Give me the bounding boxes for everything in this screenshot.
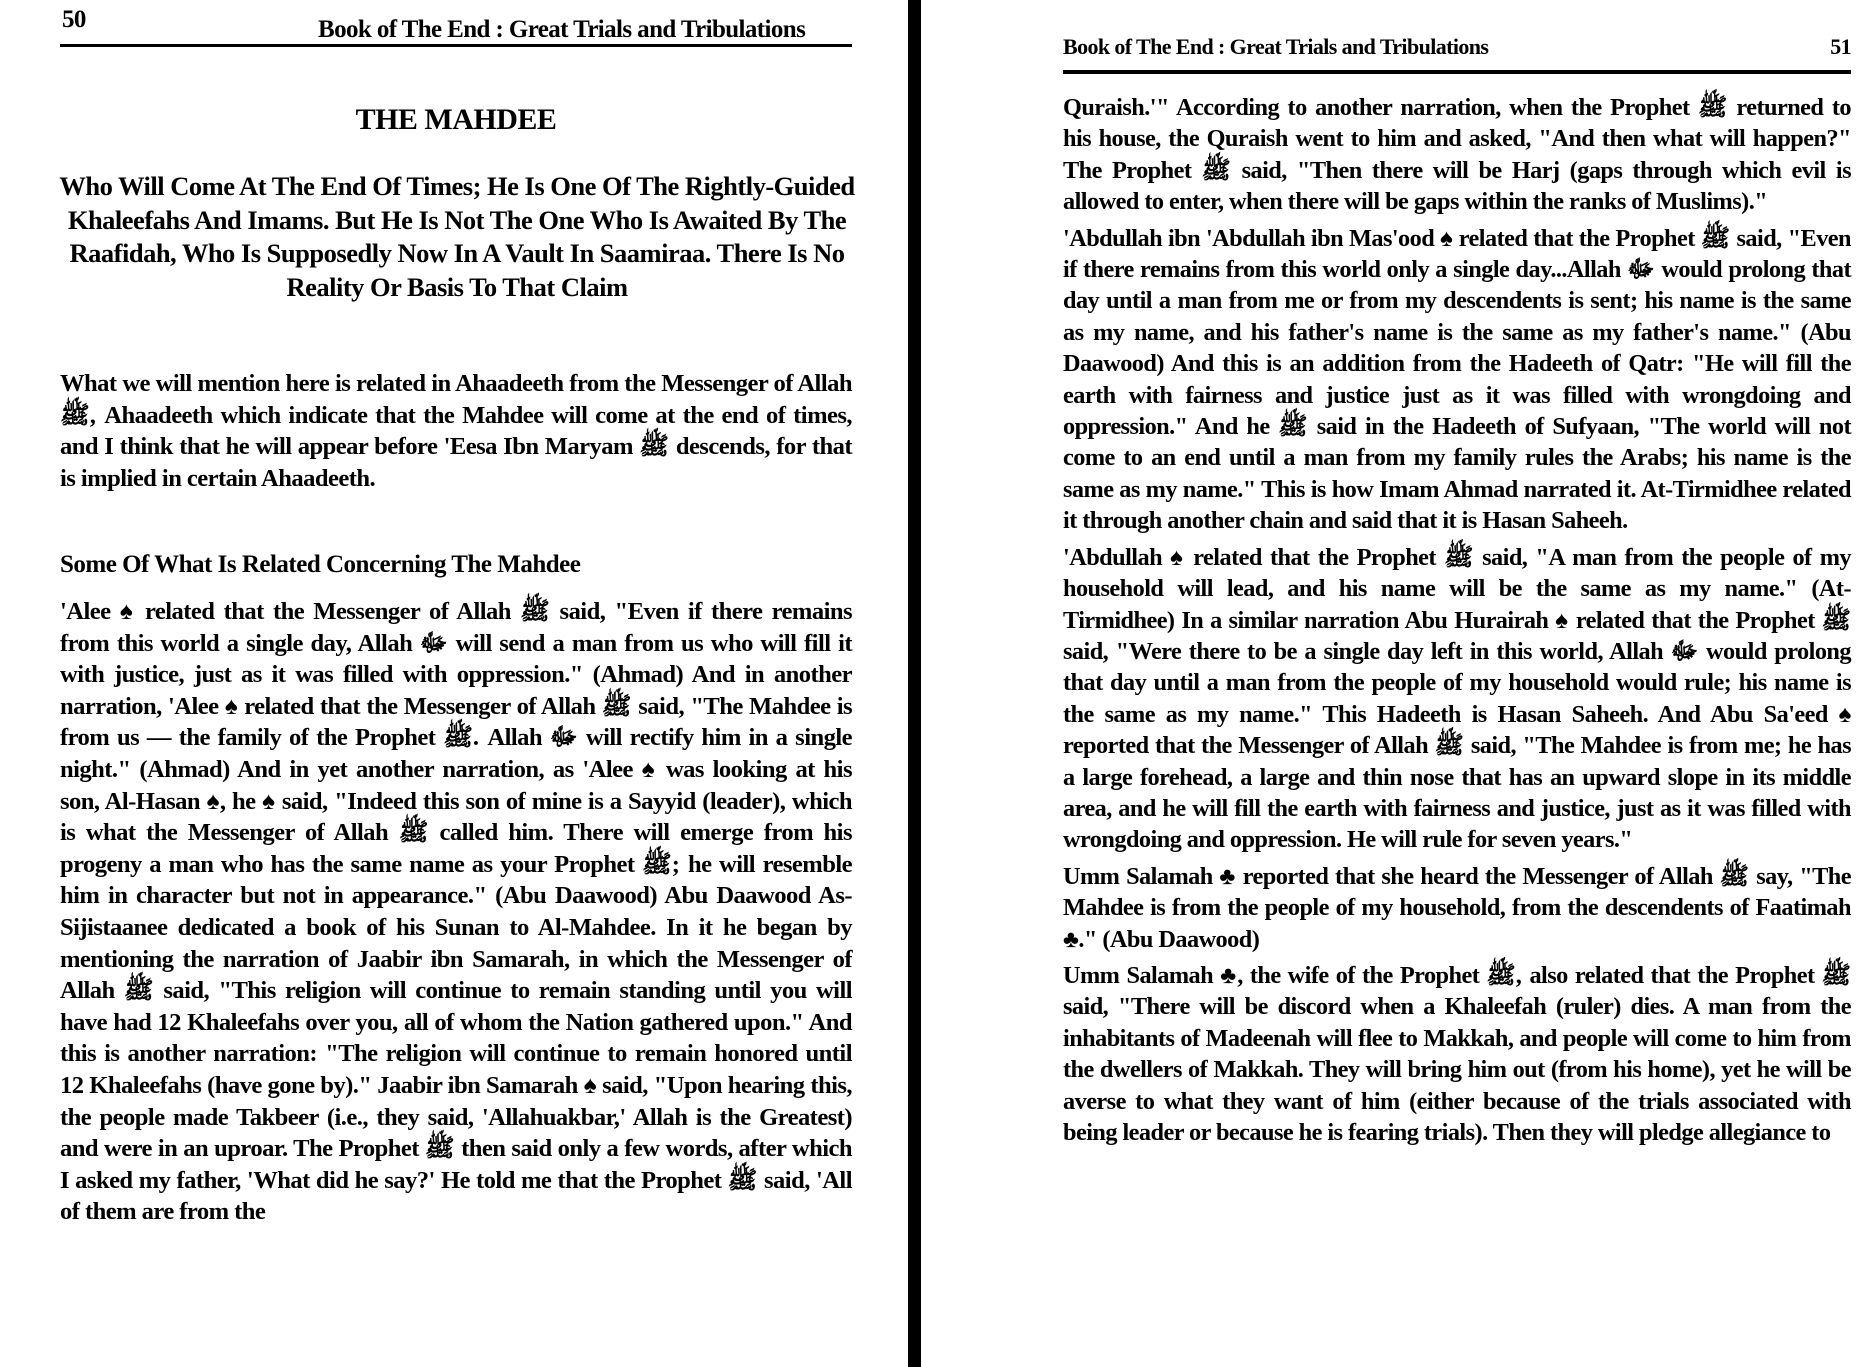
- page-gutter-divider: [908, 0, 921, 1367]
- page-number: 50: [62, 6, 86, 34]
- paragraph: Umm Salamah ♣, the wife of the Prophet ﷺ…: [1063, 960, 1851, 1148]
- paragraph: What we will mention here is related in …: [60, 368, 852, 494]
- body-text: Quraish.'" According to another narratio…: [1063, 92, 1851, 1153]
- paragraph: Quraish.'" According to another narratio…: [1063, 92, 1851, 218]
- right-page: Book of The End : Great Trials and Tribu…: [1063, 0, 1851, 1367]
- header-rule: [1063, 70, 1851, 74]
- paragraph: 'Abdullah ibn 'Abdullah ibn Mas'ood ♠ re…: [1063, 223, 1851, 537]
- paragraph: Umm Salamah ♣ reported that she heard th…: [1063, 861, 1851, 955]
- page-number: 51: [1830, 34, 1851, 60]
- header-rule: [60, 44, 852, 47]
- chapter-subtitle: Who Will Come At The End Of Times; He Is…: [52, 170, 862, 304]
- running-head-title: Book of The End : Great Trials and Tribu…: [318, 16, 805, 44]
- intro-paragraph: What we will mention here is related in …: [60, 368, 852, 494]
- running-head-title: Book of The End : Great Trials and Tribu…: [1063, 34, 1488, 60]
- section-heading: Some Of What Is Related Concerning The M…: [60, 551, 852, 579]
- right-running-header: Book of The End : Great Trials and Tribu…: [1063, 34, 1851, 64]
- left-page: 50 Book of The End : Great Trials and Tr…: [60, 0, 852, 1367]
- chapter-title: THE MAHDEE: [60, 103, 852, 137]
- left-running-header: 50 Book of The End : Great Trials and Tr…: [60, 6, 852, 40]
- paragraph: 'Alee ♠ related that the Messenger of Al…: [60, 596, 852, 1228]
- paragraph: 'Abdullah ♠ related that the Prophet ﷺ s…: [1063, 542, 1851, 856]
- body-text: 'Alee ♠ related that the Messenger of Al…: [60, 596, 852, 1228]
